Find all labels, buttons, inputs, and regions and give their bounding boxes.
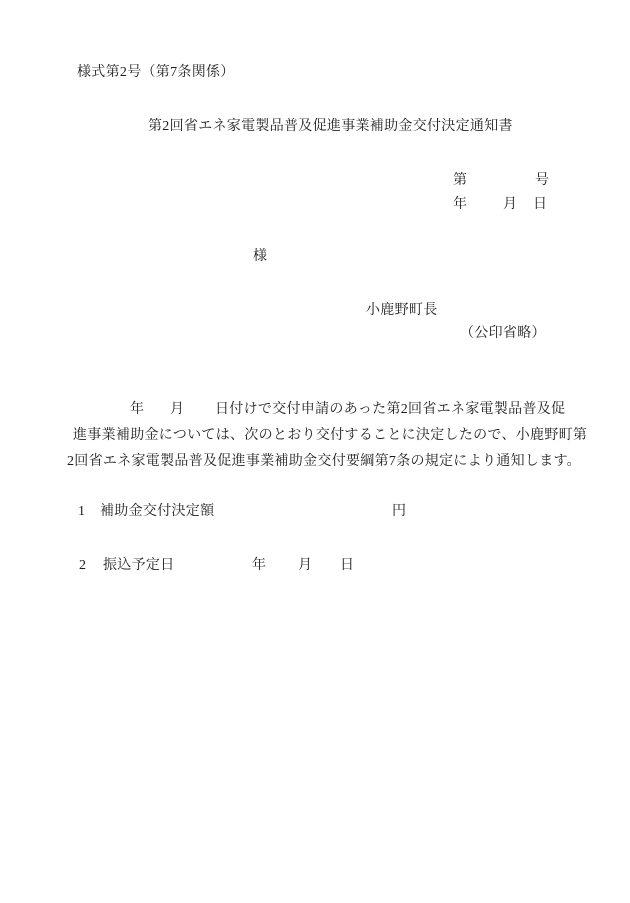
issue-date-year-label: 年 — [453, 198, 467, 212]
body-line3-text: 2回省エネ家電製品普及促進事業補助金交付要綱第7条の規定により通知します。 — [67, 455, 581, 469]
issue-date-month-label: 月 — [503, 198, 517, 212]
item1-amount-blank — [220, 505, 388, 519]
seal-omission-note: （公印省略） — [460, 327, 546, 341]
doc-number-prefix: 第 — [453, 174, 467, 188]
doc-number-suffix: 号 — [535, 174, 549, 188]
item1-unit: 円 — [392, 505, 406, 519]
item2-day-label: 日 — [340, 559, 354, 573]
item2-label: 振込予定日 — [103, 559, 175, 573]
document-title: 第2回省エネ家電製品普及促進事業補助金交付決定通知書 — [148, 120, 513, 134]
doc-number-blank — [470, 174, 532, 188]
document-page: 様式第2号（第7条関係） 第2回省エネ家電製品普及促進事業補助金交付決定通知書 … — [0, 0, 630, 903]
item2-year-label: 年 — [252, 559, 266, 573]
sender-title: 小鹿野町長 — [366, 304, 438, 318]
body-line2-text: 進事業補助金については、次のとおり交付することに決定したので、小鹿野町第 — [73, 429, 587, 443]
form-number: 様式第2号（第7条関係） — [77, 66, 235, 80]
addressee-suffix: 様 — [253, 250, 267, 264]
item1-number: 1 — [78, 505, 85, 519]
body-line1-year-label: 年 — [130, 403, 144, 417]
addressee-name-blank — [100, 250, 245, 264]
item2-month-label: 月 — [298, 559, 312, 573]
issue-date-day-label: 日 — [533, 198, 547, 212]
item2-number: 2 — [79, 559, 86, 573]
body-line1-month-label: 月 — [170, 403, 184, 417]
item1-label: 補助金交付決定額 — [100, 505, 214, 519]
body-line1-text: 日付けで交付申請のあった第2回省エネ家電製品普及促 — [215, 403, 565, 417]
